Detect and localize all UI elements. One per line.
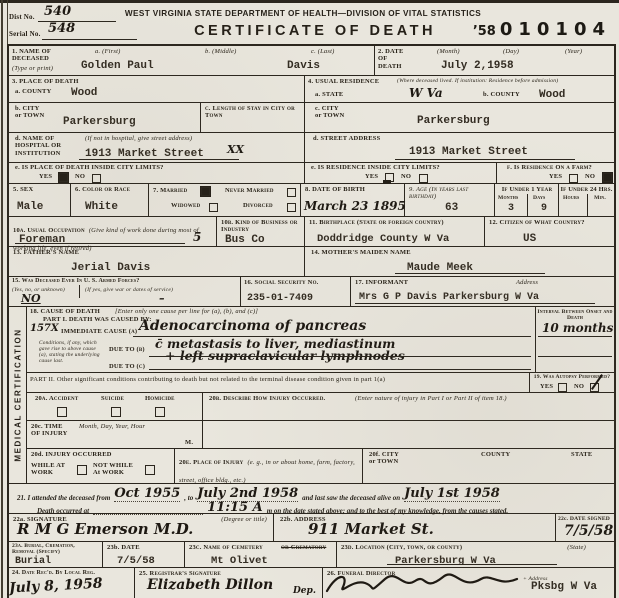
hosp-label: d. NAME OF HOSPITAL OR INSTITUTION xyxy=(15,135,79,157)
field-street-address: d. STREET ADDRESS 1913 Market Street xyxy=(305,133,614,162)
armed-value: NO xyxy=(21,292,41,305)
medical-certification-section: MEDICAL CERTIFICATION 18. CAUSE OF DEATH… xyxy=(9,307,614,484)
field-injury-city: 20f. CITY or TOWN COUNTY STATE xyxy=(363,449,614,483)
age-label: 9. Age (In years last birthday) xyxy=(409,186,489,201)
sex-value: Male xyxy=(17,201,43,213)
never-married-checkbox xyxy=(287,188,296,197)
field-burial-type: 23a. Burial, Cremation, Removal (Specify… xyxy=(9,542,103,567)
field-cause-of-death: 18. CAUSE OF DEATH [Enter only one cause… xyxy=(27,307,536,372)
married-checkbox xyxy=(201,187,210,196)
field-pod-city-limits: e. IS PLACE OF DEATH INSIDE CITY LIMITS?… xyxy=(9,163,305,183)
field-place-of-death: 3. PLACE OF DEATH a. COUNTY Wood xyxy=(9,76,305,102)
hosp-handwritten-mark: XX xyxy=(227,143,244,156)
interval-value: 10 months xyxy=(542,321,613,335)
stamp-digits: 010104 xyxy=(500,19,611,40)
describe-injury-label: 20b. Describe How Injury Occurred. xyxy=(209,395,325,402)
field-date-signed: 22c. DATE SIGNED 7/5/58 xyxy=(556,514,614,541)
industry-value: Bus Co xyxy=(225,234,265,246)
field-armed-forces: 15. Was Deceased Ever In U. S. Armed For… xyxy=(9,277,241,306)
cemetery-value: Mt Olivet xyxy=(211,555,268,567)
field-occupation: 10a. Usual Occupation (Give kind of work… xyxy=(9,217,217,246)
res-city-label: c. CITY or TOWN xyxy=(315,105,345,120)
department-title: WEST VIRGINIA STATE DEPARTMENT OF HEALTH… xyxy=(78,9,528,18)
field-part2: PART II. Other significant conditions co… xyxy=(27,373,530,392)
certificate-number-stamp: ’58 010104 xyxy=(473,19,611,40)
not-while-at-work-checkbox xyxy=(145,465,155,475)
burial-value: Burial xyxy=(15,556,51,567)
field-time-of-injury-blank xyxy=(203,421,614,448)
burial-label: 23a. Burial, Cremation, Removal (Specify… xyxy=(12,543,98,556)
injury-occurred-label: 20d. INJURY OCCURRED xyxy=(31,451,112,458)
field-age: 9. Age (In years last birthday) 63 xyxy=(405,184,495,216)
father-value: Jerial Davis xyxy=(71,262,150,274)
burial-date-label: 23b. DATE xyxy=(107,544,140,551)
serial-no-value: 548 xyxy=(48,21,75,36)
field-birthplace: 11. Birthplace (State or foreign country… xyxy=(305,217,485,246)
field-funeral-director: 26. Funeral Director + Address Pksbg W V… xyxy=(323,568,614,598)
field-physician-address: 22b. ADDRESS 911 Market St. xyxy=(274,514,556,541)
dist-no-value: 540 xyxy=(44,4,71,19)
location-value: Parkersburg W Va xyxy=(395,555,496,567)
ssn-value: 235-01-7409 xyxy=(247,293,313,304)
dod-value: July 2,1958 xyxy=(441,60,514,72)
informant-label: 17. INFORMANT xyxy=(355,279,408,286)
medical-certification-strip: MEDICAL CERTIFICATION xyxy=(9,307,27,483)
field-name-of-deceased: 1. NAME OF DECEASED (Type or print) a. (… xyxy=(9,46,375,75)
industry-label: 10b. Kind of Business or Industry xyxy=(221,219,299,234)
birthplace-label: 11. Birthplace (State or foreign country… xyxy=(309,219,481,226)
field-pod-city: b. CITY or TOWN Parkersburg xyxy=(9,103,201,132)
burial-date-value: 7/5/58 xyxy=(117,555,155,567)
field-burial-date: 23b. DATE 7/5/58 xyxy=(103,542,185,567)
death-time-value: 11:15 A xyxy=(207,500,263,515)
occupation-value: Foreman xyxy=(19,234,65,246)
time-injury-label: 20c. TIME OF INJURY xyxy=(31,423,69,438)
informant-value: Mrs G P Davis Parkersburg W Va xyxy=(359,292,539,303)
field-autopsy: 19. Was Autopsy Performed? YES NO xyxy=(530,373,614,392)
field-date-received: 24. Date Rec'd. By Local Reg. July 8, 19… xyxy=(9,568,135,598)
date-signed-value: 7/5/58 xyxy=(564,523,613,539)
field-ssn: 16. Social Security No. 235-01-7409 xyxy=(241,277,351,306)
pod-label: 3. PLACE OF DEATH xyxy=(12,78,79,85)
received-label: 24. Date Rec'd. By Local Reg. xyxy=(12,570,132,577)
funeral-director-signature xyxy=(323,571,523,597)
address22-value: 911 Market St. xyxy=(308,520,434,538)
director-address-value: Pksbg W Va xyxy=(531,581,597,593)
dist-no-label: Dist No. xyxy=(9,13,35,21)
street-value: 1913 Market Street xyxy=(409,146,528,158)
field-physician-signature: 22a. SIGNATURE (Degree or title) R M G E… xyxy=(9,514,274,541)
occupation-code: 5 xyxy=(193,230,201,244)
cemetery-struck-label: or Crematory xyxy=(281,544,326,551)
field-res-city: c. CITY or TOWN Parkersburg xyxy=(305,103,614,132)
accident-checkbox xyxy=(57,407,67,417)
while-at-work-checkbox xyxy=(77,465,87,475)
farm-label: f. Is Residence On a Farm? xyxy=(507,164,592,171)
field-registrar-signature: 25. Registrar's Signature Elizabeth Dill… xyxy=(135,568,323,598)
field-date-of-death: 2. DATE OF DEATH (Month) (Day) (Year) Ju… xyxy=(375,46,614,75)
field-cemetery-location: 23d. Location (City, town, or county) (S… xyxy=(337,542,614,567)
field-describe-injury: 20b. Describe How Injury Occurred. (Ente… xyxy=(203,393,614,420)
field-sex: 5. SEX Male xyxy=(9,184,71,216)
birthplace-value: Doddridge County W Va xyxy=(317,233,449,245)
cause-code: 157X xyxy=(30,323,59,334)
pod-city-value: Parkersburg xyxy=(63,116,136,128)
death-certificate-scan: Dist No. 540 Serial No. 548 WEST VIRGINI… xyxy=(0,0,619,598)
field-race: 6. Color or Race White xyxy=(71,184,149,216)
stay-label: c. Length of Stay in City or Town xyxy=(205,105,297,120)
registrar-deputy-note: Dep. xyxy=(293,586,316,596)
res-limits-no-checkbox xyxy=(419,174,428,183)
race-value: White xyxy=(85,201,118,213)
pod-limits-yes-checkbox xyxy=(59,173,68,182)
date-signed-label: 22c. DATE SIGNED xyxy=(558,516,610,522)
pod-city-label: b. CITY or TOWN xyxy=(15,105,45,120)
field-date-of-birth: 8. DATE OF BIRTH March 23 1895 xyxy=(301,184,405,216)
field-mother-name: 14. MOTHER'S MAIDEN NAME Maude Meek xyxy=(305,247,614,276)
pod-limits-label: e. IS PLACE OF DEATH INSIDE CITY LIMITS? xyxy=(15,164,164,171)
received-value: July 8, 1958 xyxy=(9,576,103,597)
physician-signature-value: R M G Emerson M.D. xyxy=(17,520,193,538)
field-citizen: 12. Citizen of What Country? US xyxy=(485,217,614,246)
name-first-value: Golden Paul xyxy=(81,60,154,72)
autopsy-yes-checkbox xyxy=(558,383,567,392)
armed-label: 15. Was Deceased Ever In U. S. Armed For… xyxy=(12,278,140,285)
cause-label: 18. CAUSE OF DEATH xyxy=(30,308,100,315)
field-time-of-injury: 20c. TIME OF INJURY Month, Day, Year, Ho… xyxy=(27,421,203,448)
field-marital-status: 7. Married Never Married Widowed Divorce… xyxy=(149,184,301,216)
pod-limits-no-checkbox xyxy=(92,174,101,183)
field-injury-occurred: 20d. INJURY OCCURRED WHILE AT WORK NOT W… xyxy=(27,449,175,483)
armed-dash: – xyxy=(159,292,165,305)
father-label: 13. FATHER'S NAME xyxy=(13,249,79,256)
street-label: d. STREET ADDRESS xyxy=(313,135,380,142)
mother-label: 14. MOTHER'S MAIDEN NAME xyxy=(311,249,411,256)
place-injury-label: 20e. Place of Injury xyxy=(179,459,243,466)
dob-label: 8. DATE OF BIRTH xyxy=(305,186,365,193)
field-cemetery: 23c. Name of Cemetery or Crematory Mt Ol… xyxy=(185,542,337,567)
field-usual-residence: 4. USUAL RESIDENCE (Where deceased lived… xyxy=(305,76,614,102)
age-days-value: 9 xyxy=(541,203,547,214)
res-city-value: Parkersburg xyxy=(417,115,490,127)
suicide-checkbox xyxy=(111,407,121,417)
scan-top-edge xyxy=(0,0,619,3)
age-months-value: 3 xyxy=(508,203,514,214)
field-attended-statement: 21. I attended the deceased from Oct 195… xyxy=(9,484,614,514)
cemetery-label: 23c. Name of Cemetery xyxy=(189,544,263,551)
divorced-checkbox xyxy=(287,203,296,212)
res-county-value: Wood xyxy=(539,89,565,101)
dod-label: 2. DATE OF DEATH xyxy=(378,48,412,70)
registrar-signature-value: Elizabeth Dillon xyxy=(147,577,273,593)
name-label: 1. NAME OF DECEASED xyxy=(12,48,74,63)
medical-certification-label: MEDICAL CERTIFICATION xyxy=(13,328,22,461)
field-if-under-24-hrs: If Under 24 Hrs. Hours Min. xyxy=(559,184,614,216)
field-father-name: 13. FATHER'S NAME Jerial Davis xyxy=(9,247,305,276)
res-label: 4. USUAL RESIDENCE xyxy=(308,78,379,85)
widowed-checkbox xyxy=(209,203,218,212)
race-label: 6. Color or Race xyxy=(75,186,130,193)
field-length-of-stay: c. Length of Stay in City or Town xyxy=(201,103,305,132)
citizen-value: US xyxy=(523,233,536,245)
farm-yes-checkbox xyxy=(569,174,578,183)
res-state-value: W Va xyxy=(409,86,443,100)
dob-value: March 23 1895 xyxy=(304,199,406,213)
sex-label: 5. SEX xyxy=(13,186,33,193)
field-accident-suicide-homicide: 20a. Accident Suicide Homicide xyxy=(27,393,203,420)
pod-county-value: Wood xyxy=(71,87,97,99)
location-label: 23d. Location (City, town, or county) xyxy=(341,544,462,551)
res-limits-label: e. IS RESIDENCE INSIDE CITY LIMITS? xyxy=(311,164,440,171)
field-res-city-limits: e. IS RESIDENCE INSIDE CITY LIMITS? YES … xyxy=(305,163,497,183)
occupation-label: 10a. Usual Occupation xyxy=(13,227,85,234)
field-industry: 10b. Kind of Business or Industry Bus Co xyxy=(217,217,305,246)
field-place-of-injury: 20e. Place of Injury (e. g., in or about… xyxy=(175,449,363,483)
certificate-form: 1. NAME OF DECEASED (Type or print) a. (… xyxy=(7,44,616,598)
field-informant: 17. INFORMANT Address Mrs G P Davis Park… xyxy=(351,277,614,306)
ssn-label: 16. Social Security No. xyxy=(244,279,319,286)
name-last-value: Davis xyxy=(287,60,320,72)
stamp-year: ’58 xyxy=(473,24,496,39)
field-interval-onset-death: Interval Between Onset and Death 10 mont… xyxy=(536,307,614,372)
age-value: 63 xyxy=(445,202,458,214)
field-hospital: d. NAME OF HOSPITAL OR INSTITUTION (If n… xyxy=(9,133,305,162)
serial-no-label: Serial No. xyxy=(9,30,41,38)
farm-no-checkbox xyxy=(603,173,612,182)
interval-label: Interval Between Onset and Death xyxy=(536,309,614,322)
homicide-checkbox xyxy=(155,407,165,417)
citizen-label: 12. Citizen of What Country? xyxy=(489,219,599,226)
cause-line-a: Adenocarcinoma of pancreas xyxy=(139,318,366,334)
part2-label: PART II. Other significant conditions co… xyxy=(30,376,520,384)
field-if-under-1-year: If Under 1 Year Months Days 3 9 xyxy=(495,184,559,216)
field-residence-farm: f. Is Residence On a Farm? YES NO xyxy=(497,163,614,183)
certificate-title: CERTIFICATE OF DEATH xyxy=(150,23,480,39)
